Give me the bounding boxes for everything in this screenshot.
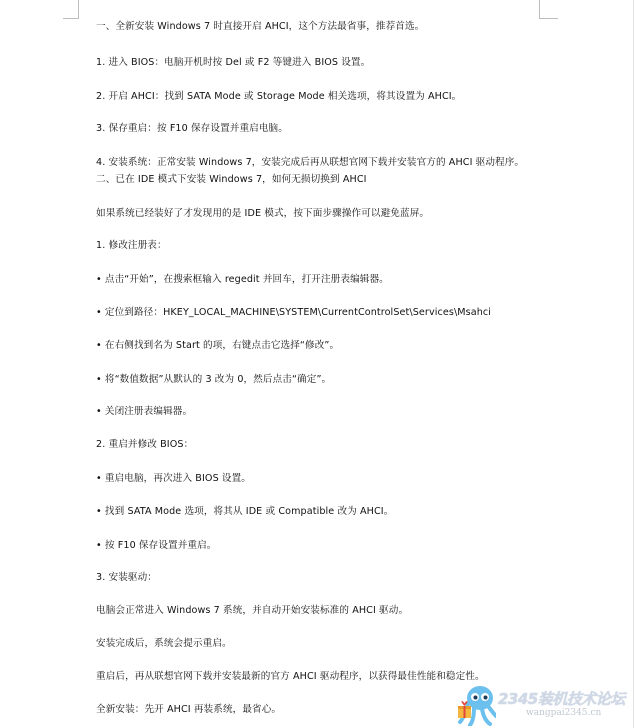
- watermark-title: 2345装机技术论坛: [498, 688, 625, 709]
- page-right-border: [633, 0, 634, 728]
- document-line: 1. 进入 BIOS：电脑开机时按 Del 或 F2 等键进入 BIOS 设置。: [96, 57, 370, 69]
- document-line: • 定位到路径：HKEY_LOCAL_MACHINE\SYSTEM\Curren…: [96, 307, 491, 319]
- document-line: 安装完成后，系统会提示重启。: [96, 638, 232, 650]
- document-line: 二、已在 IDE 模式下安装 Windows 7，如何无损切换到 AHCI: [96, 174, 367, 186]
- document-line: 3. 安装驱动：: [96, 572, 157, 584]
- document-line: 全新安装：先开 AHCI 再装系统，最省心。: [96, 704, 281, 716]
- document-line: • 重启电脑，再次进入 BIOS 设置。: [96, 473, 251, 485]
- document-line: • 点击“开始”，在搜索框输入 regedit 并回车，打开注册表编辑器。: [96, 274, 389, 286]
- document-line: 一、全新安装 Windows 7 时直接开启 AHCI，这个方法最省事，推荐首选…: [96, 21, 424, 33]
- document-line: 电脑会正常进入 Windows 7 系统，并自动开始安装标准的 AHCI 驱动。: [96, 605, 408, 617]
- watermark-url: wangpai2345.cn: [526, 708, 601, 718]
- document-line: 如果系统已经装好了才发现用的是 IDE 模式，按下面步骤操作可以避免蓝屏。: [96, 208, 429, 220]
- document-line: 4. 安装系统：正常安装 Windows 7，安装完成后再从联想官网下载并安装官…: [96, 157, 524, 169]
- document-line: • 找到 SATA Mode 选项，将其从 IDE 或 Compatible 改…: [96, 506, 393, 518]
- document-line: • 在右侧找到名为 Start 的项，右键点击它选择“修改”。: [96, 340, 339, 352]
- watermark: 2345装机技术论坛 wangpai2345.cn: [448, 680, 636, 728]
- octopus-mascot-icon: [456, 682, 496, 726]
- document-line: • 按 F10 保存设置并重启。: [96, 540, 216, 552]
- document-line: 2. 重启并修改 BIOS：: [96, 439, 193, 451]
- document-line: 重启后，再从联想官网下载并安装最新的官方 AHCI 驱动程序，以获得最佳性能和稳…: [96, 671, 485, 683]
- document-line: 3. 保存重启：按 F10 保存设置并重启电脑。: [96, 123, 288, 135]
- document-line: • 将“数值数据”从默认的 3 改为 0，然后点击“确定”。: [96, 374, 331, 386]
- document-line: 2. 开启 AHCI：找到 SATA Mode 或 Storage Mode 相…: [96, 91, 461, 103]
- document-line: 1. 修改注册表：: [96, 240, 167, 252]
- document-line: • 关闭注册表编辑器。: [96, 406, 192, 418]
